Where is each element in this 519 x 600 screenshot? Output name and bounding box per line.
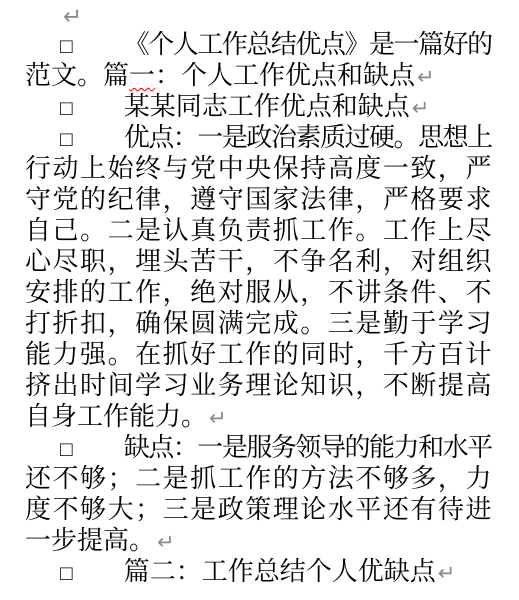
text-line[interactable]: □篇二：工作总结个人优缺点↵ <box>25 556 493 587</box>
text-run: 能力强。在抓好工作的同时，千方百计 <box>25 340 493 369</box>
line-text: 能力强。在抓好工作的同时，千方百计 <box>25 340 493 369</box>
text-run: 一步提高。 <box>25 526 155 555</box>
text-run: 还不够；二是抓工作的方法不够多，力 <box>25 464 493 493</box>
text-run: 篇二：工作总结个人优缺点 <box>124 557 436 586</box>
line-text: 安排的工作，绝对服从，不讲条件、不 <box>25 278 493 307</box>
line-text: 自己。二是认真负责抓工作。工作上尽 <box>25 216 493 245</box>
text-run: ：个人工作优点和缺点 <box>155 61 415 90</box>
text-line[interactable]: □缺点：一是服务领导的能力和水平 <box>25 432 493 463</box>
unknown-character-box-marker: □ <box>60 558 73 589</box>
text-line[interactable]: 行动上始终与党中央保持高度一致，严 <box>25 153 493 184</box>
line-text: 挤出时间学习业务理论知识，不断提高 <box>25 371 493 400</box>
document-text-area: ↵□《个人工作总结优点》是一篇好的范文。篇一：个人工作优点和缺点↵□某某同志工作… <box>0 0 519 587</box>
text-line[interactable]: □《个人工作总结优点》是一篇好的 <box>25 29 493 60</box>
text-run: 心尽职，埋头苦干，不争名利，对组织 <box>25 247 493 276</box>
line-text: 某某同志工作优点和缺点 <box>124 92 410 121</box>
text-line[interactable]: □某某同志工作优点和缺点↵ <box>25 91 493 122</box>
paragraph-mark-icon: ↵ <box>63 4 82 30</box>
text-line[interactable]: 心尽职，埋头苦干，不争名利，对组织 <box>25 246 493 277</box>
text-run: 度不够大；三是政策理论水平还有待进 <box>25 495 493 524</box>
text-run: 自己。二是认真负责抓工作。工作上尽 <box>25 216 493 245</box>
text-line[interactable]: 打折扣，确保圆满完成。三是勤于学习 <box>25 308 493 339</box>
line-text: 一步提高。 <box>25 526 155 555</box>
line-text: 范文。篇一：个人工作优点和缺点 <box>25 61 415 90</box>
unknown-character-box-marker: □ <box>60 31 73 62</box>
line-text: 行动上始终与党中央保持高度一致，严 <box>25 154 493 183</box>
text-line[interactable]: 范文。篇一：个人工作优点和缺点↵ <box>25 60 493 91</box>
text-line[interactable]: 还不够；二是抓工作的方法不够多，力 <box>25 463 493 494</box>
text-line[interactable]: 度不够大；三是政策理论水平还有待进 <box>25 494 493 525</box>
text-line[interactable]: 能力强。在抓好工作的同时，千方百计 <box>25 339 493 370</box>
document-page[interactable]: ↵□《个人工作总结优点》是一篇好的范文。篇一：个人工作优点和缺点↵□某某同志工作… <box>0 0 519 600</box>
text-run: 安排的工作，绝对服从，不讲条件、不 <box>25 278 493 307</box>
line-text: 自身工作能力。 <box>25 402 207 431</box>
line-text: 《个人工作总结优点》是一篇好的 <box>124 30 492 59</box>
text-run: 范文。篇 <box>25 61 129 90</box>
text-line[interactable]: 自身工作能力。↵ <box>25 401 493 432</box>
text-line[interactable]: 守党的纪律，遵守国家法律，严格要求 <box>25 184 493 215</box>
unknown-character-box-marker: □ <box>60 124 73 155</box>
line-text: 还不够；二是抓工作的方法不够多，力 <box>25 464 493 493</box>
text-run: 《个人工作总结优点》是一篇好的 <box>124 30 492 59</box>
text-line[interactable]: □优点：一是政治素质过硬。思想上 <box>25 122 493 153</box>
text-run: 行动上始终与党中央保持高度一致，严 <box>25 154 493 183</box>
paragraph-mark-icon: ↵ <box>412 96 430 120</box>
line-text: 度不够大；三是政策理论水平还有待进 <box>25 495 493 524</box>
misspelled-text: 一 <box>129 61 155 90</box>
line-text: 优点：一是政治素质过硬。思想上 <box>124 123 492 152</box>
line-text: 缺点：一是服务领导的能力和水平 <box>124 433 492 462</box>
text-run: 打折扣，确保圆满完成。三是勤于学习 <box>25 309 493 338</box>
text-run: 守党的纪律，遵守国家法律，严格要求 <box>25 185 493 214</box>
line-text: 打折扣，确保圆满完成。三是勤于学习 <box>25 309 493 338</box>
text-run: 缺点：一是服务领导的能力和水平 <box>124 433 492 462</box>
paragraph-mark-icon: ↵ <box>209 406 227 430</box>
paragraph-mark-icon: ↵ <box>417 65 435 89</box>
text-line[interactable]: 挤出时间学习业务理论知识，不断提高 <box>25 370 493 401</box>
line-text: 守党的纪律，遵守国家法律，严格要求 <box>25 185 493 214</box>
unknown-character-box-marker: □ <box>60 93 73 124</box>
text-run: 优点：一是政治素质过硬。思想上 <box>124 123 492 152</box>
line-text: 心尽职，埋头苦干，不争名利，对组织 <box>25 247 493 276</box>
paragraph-mark-icon: ↵ <box>157 530 175 554</box>
paragraph-mark-icon: ↵ <box>438 561 456 585</box>
text-line[interactable]: 一步提高。↵ <box>25 525 493 556</box>
text-run: 自身工作能力。 <box>25 402 207 431</box>
text-line[interactable]: 自己。二是认真负责抓工作。工作上尽 <box>25 215 493 246</box>
text-line[interactable]: ↵ <box>25 2 493 29</box>
text-run: 某某同志工作优点和缺点 <box>124 92 410 121</box>
text-run: 挤出时间学习业务理论知识，不断提高 <box>25 371 493 400</box>
line-text: 篇二：工作总结个人优缺点 <box>124 557 436 586</box>
text-line[interactable]: 安排的工作，绝对服从，不讲条件、不 <box>25 277 493 308</box>
unknown-character-box-marker: □ <box>60 434 73 465</box>
